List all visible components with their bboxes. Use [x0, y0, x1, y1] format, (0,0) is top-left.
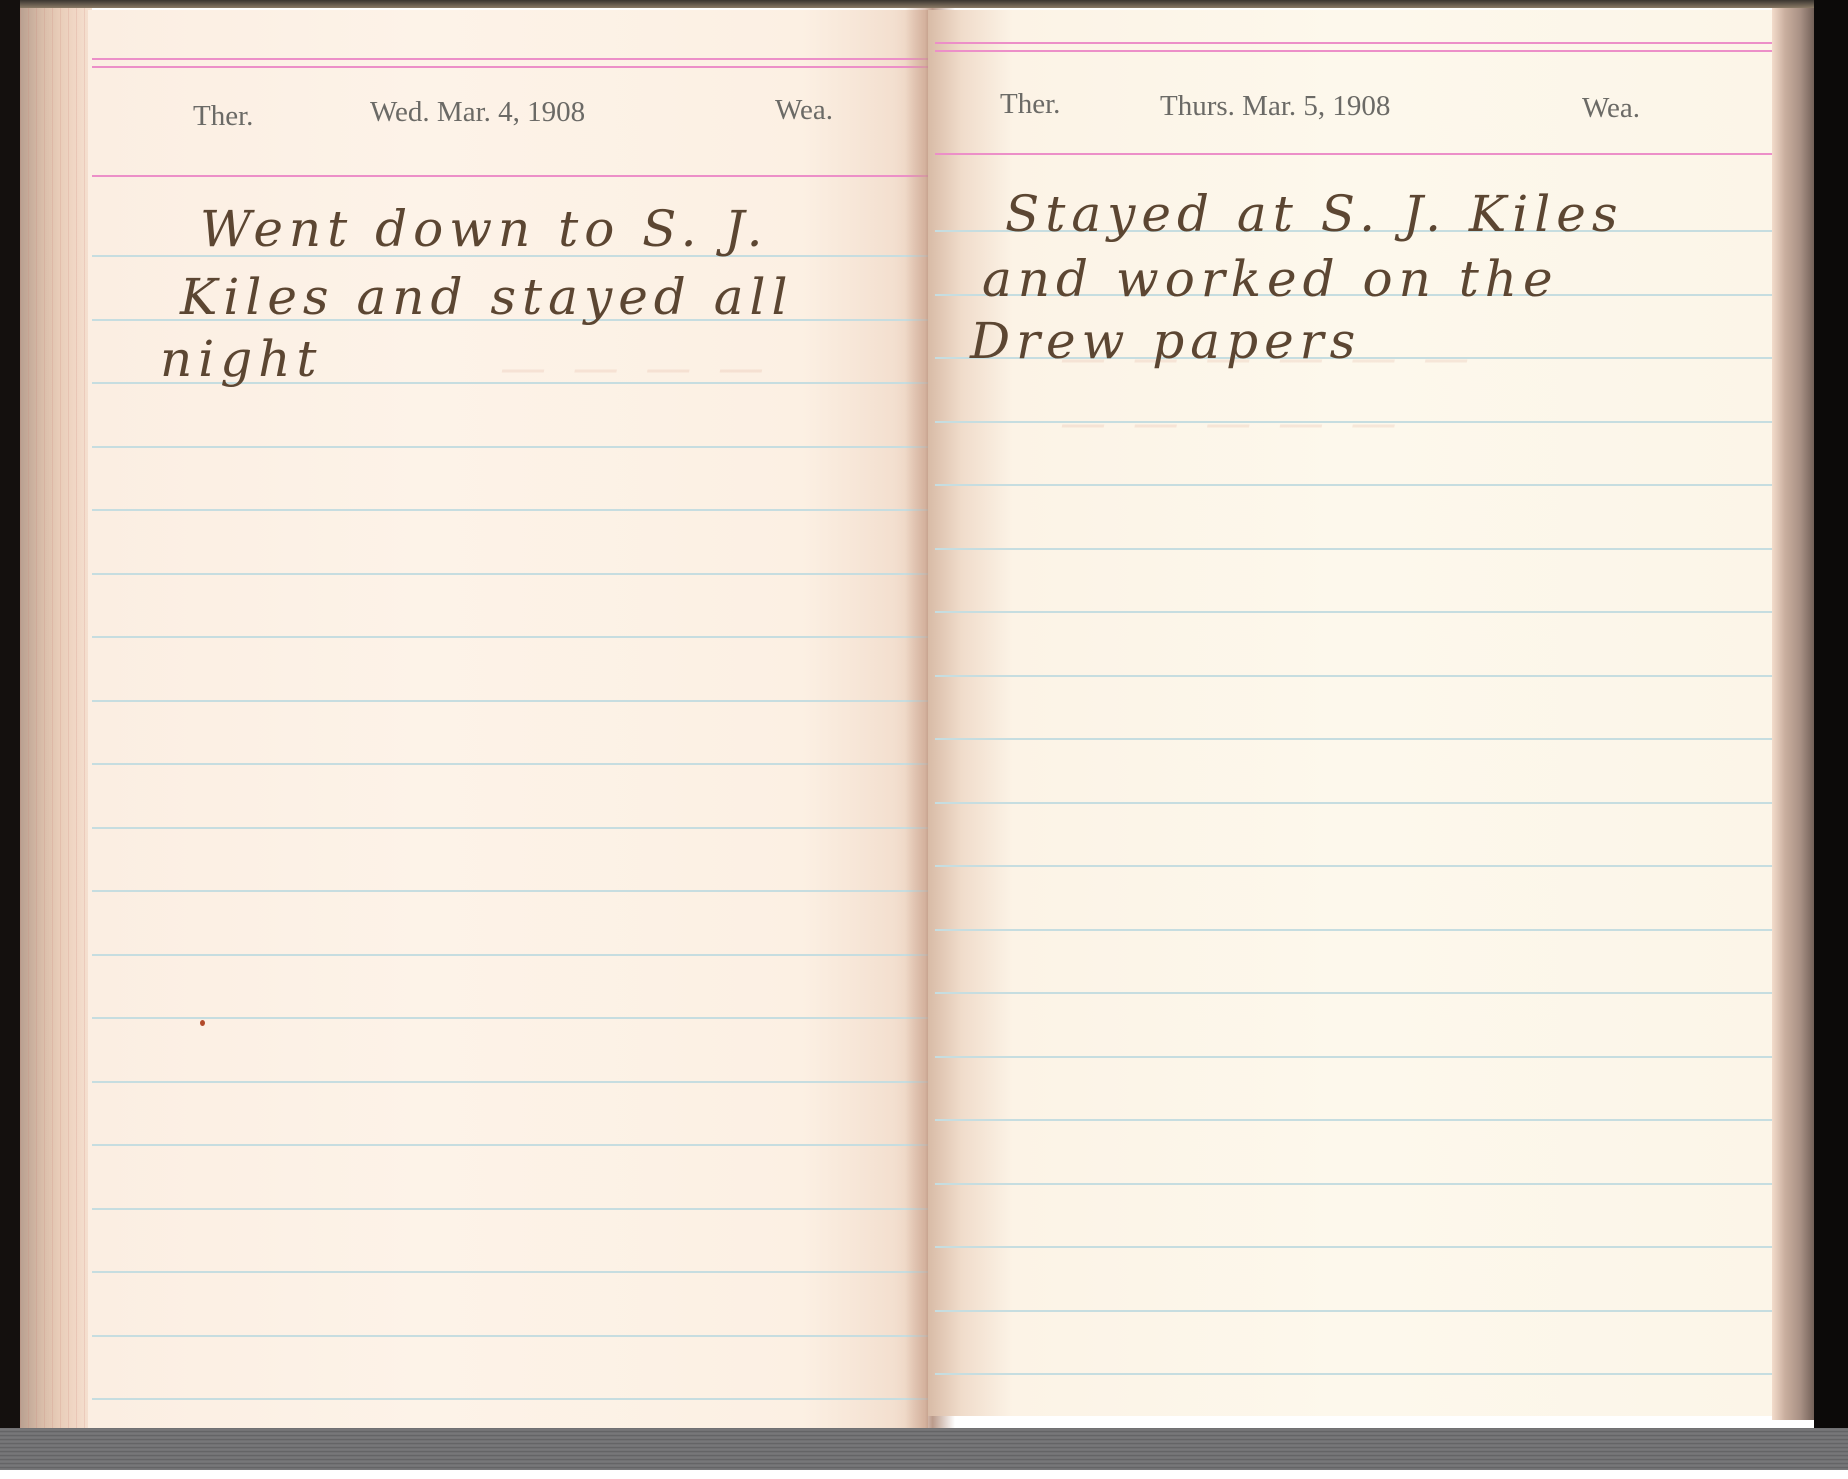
ruled-line — [935, 548, 1772, 550]
ruled-line — [92, 1081, 928, 1083]
ruled-line — [935, 1310, 1772, 1312]
page-edges-left — [20, 8, 92, 1428]
right-ther-label: Ther. — [1000, 88, 1060, 121]
page-edges-right — [1772, 8, 1816, 1420]
bleed-through: — — — — — — [1060, 395, 1403, 449]
ruled-line — [935, 1373, 1772, 1375]
header-rule-bottom — [935, 153, 1772, 155]
ruled-line — [92, 1271, 928, 1273]
header-rule-top-1 — [935, 42, 1772, 44]
ruled-line — [92, 700, 928, 702]
ruled-line — [92, 827, 928, 829]
left-ther-label: Ther. — [193, 100, 253, 133]
ruled-line — [92, 1335, 928, 1337]
ruled-line — [935, 1119, 1772, 1121]
ruled-line — [92, 636, 928, 638]
ruled-line — [92, 446, 928, 448]
ruled-line — [92, 1208, 928, 1210]
ruled-line — [92, 1144, 928, 1146]
ruled-line — [935, 929, 1772, 931]
scan-margin — [0, 1470, 1848, 1479]
ruled-line — [935, 1056, 1772, 1058]
ruled-line — [935, 675, 1772, 677]
ruled-line — [935, 1183, 1772, 1185]
ruled-line — [935, 1246, 1772, 1248]
right-entry-line-3: Drew papers — [970, 312, 1361, 370]
ruled-line — [935, 802, 1772, 804]
left-entry-line-2: Kiles and stayed all — [180, 268, 793, 326]
book-top-edge — [0, 0, 1848, 8]
header-rule-bottom — [92, 175, 928, 177]
right-wea-label: Wea. — [1582, 92, 1640, 125]
ink-spot — [200, 1020, 205, 1026]
header-rule-top-1 — [92, 58, 928, 60]
ruled-line — [935, 611, 1772, 613]
book-cover-right — [1814, 0, 1848, 1440]
left-wea-label: Wea. — [775, 94, 833, 127]
ruled-line — [92, 509, 928, 511]
scanner-bed — [0, 1428, 1848, 1470]
right-entry-line-2: and worked on the — [982, 250, 1559, 308]
ruled-line — [92, 1398, 928, 1400]
ruled-line — [935, 865, 1772, 867]
ruled-line — [92, 573, 928, 575]
right-date-heading: Thurs. Mar. 5, 1908 — [1160, 90, 1390, 123]
ruled-line — [92, 954, 928, 956]
book-cover-left — [0, 0, 20, 1440]
header-rule-top-2 — [935, 50, 1772, 52]
left-date-heading: Wed. Mar. 4, 1908 — [370, 96, 585, 129]
header-rule-top-2 — [92, 66, 928, 68]
left-entry-line-1: Went down to S. J. — [200, 200, 769, 258]
ruled-line — [935, 484, 1772, 486]
ruled-line — [92, 763, 928, 765]
ruled-line — [935, 992, 1772, 994]
ruled-line — [92, 890, 928, 892]
right-entry-line-1: Stayed at S. J. Kiles — [1005, 185, 1623, 243]
ruled-line — [935, 738, 1772, 740]
bleed-through: — — — — — [500, 340, 770, 394]
ruled-line — [92, 1017, 928, 1019]
left-entry-line-3: night — [160, 330, 323, 388]
diary-scan: Ther. Wed. Mar. 4, 1908 Wea. — — — — Wen… — [0, 0, 1848, 1479]
